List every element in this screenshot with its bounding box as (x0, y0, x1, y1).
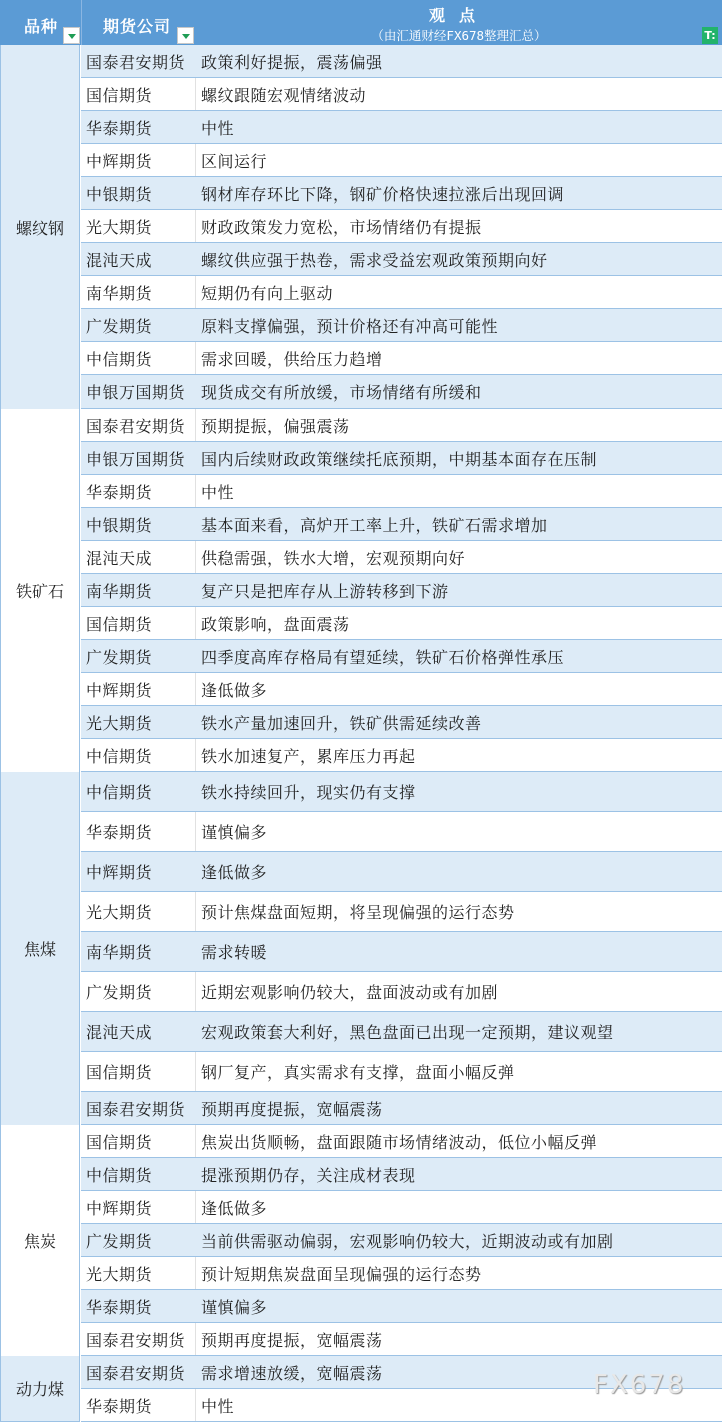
table-row[interactable]: 混沌天成宏观政策套大利好，黑色盘面已出现一定预期，建议观望 (81, 1012, 722, 1052)
watermark-logo: FX678 (593, 1370, 685, 1400)
company-cell: 申银万国期货 (81, 375, 196, 408)
company-cell: 国信期货 (81, 607, 196, 639)
header-view-source-note: （由汇通财经FX678整理汇总） (196, 26, 722, 44)
company-cell: 国泰君安期货 (81, 1323, 196, 1355)
view-cell: 钢材库存环比下降，钢矿价格快速拉涨后出现回调 (196, 177, 722, 209)
company-cell: 南华期货 (81, 276, 196, 308)
view-cell: 逢低做多 (196, 673, 722, 705)
view-cell: 基本面来看，高炉开工率上升，铁矿石需求增加 (196, 508, 722, 540)
table-row[interactable]: 混沌天成供稳需强，铁水大增，宏观预期向好 (81, 541, 722, 574)
view-cell: 螺纹跟随宏观情绪波动 (196, 78, 722, 110)
table-header: 品种 期货公司 观点 （由汇通财经FX678整理汇总） T: (0, 0, 722, 45)
view-cell: 政策利好提振，震荡偏强 (196, 45, 722, 77)
view-cell: 政策影响，盘面震荡 (196, 607, 722, 639)
table-row[interactable]: 国信期货焦炭出货顺畅，盘面跟随市场情绪波动，低位小幅反弹 (81, 1125, 722, 1158)
company-cell: 华泰期货 (81, 475, 196, 507)
view-cell: 中性 (196, 475, 722, 507)
company-cell: 光大期货 (81, 706, 196, 738)
company-cell: 中辉期货 (81, 1191, 196, 1223)
table-row[interactable]: 国信期货政策影响，盘面震荡 (81, 607, 722, 640)
table-row[interactable]: 中辉期货区间运行 (81, 144, 722, 177)
table-row[interactable]: 国泰君安期货预期再度提振，宽幅震荡 (81, 1092, 722, 1125)
company-cell: 混沌天成 (81, 1012, 196, 1051)
view-cell: 谨慎偏多 (196, 812, 722, 851)
view-cell: 钢厂复产，真实需求有支撑，盘面小幅反弹 (196, 1052, 722, 1091)
table-row[interactable]: 广发期货原料支撑偏强，预计价格还有冲高可能性 (81, 309, 722, 342)
variety-cell: 焦煤 (0, 772, 80, 1125)
header-company-label: 期货公司 (103, 14, 171, 37)
header-view-label: 观点 (196, 3, 722, 26)
view-cell: 铁水持续回升，现实仍有支撑 (196, 772, 722, 811)
table-row[interactable]: 光大期货铁水产量加速回升，铁矿供需延续改善 (81, 706, 722, 739)
group-rows: 国泰君安期货预期提振，偏强震荡 申银万国期货国内后续财政政策继续托底预期，中期基… (81, 409, 722, 772)
view-cell: 短期仍有向上驱动 (196, 276, 722, 308)
company-cell: 华泰期货 (81, 111, 196, 143)
view-cell: 预期再度提振，宽幅震荡 (196, 1092, 722, 1124)
company-cell: 华泰期货 (81, 812, 196, 851)
table-row[interactable]: 国信期货钢厂复产，真实需求有支撑，盘面小幅反弹 (81, 1052, 722, 1092)
table-row[interactable]: 南华期货复产只是把库存从上游转移到下游 (81, 574, 722, 607)
view-cell: 铁水产量加速回升，铁矿供需延续改善 (196, 706, 722, 738)
table-row[interactable]: 中辉期货逢低做多 (81, 852, 722, 892)
group-coking-coal: 焦煤 中信期货铁水持续回升，现实仍有支撑 华泰期货谨慎偏多 中辉期货逢低做多 光… (0, 772, 722, 1125)
company-cell: 中银期货 (81, 177, 196, 209)
company-cell: 光大期货 (81, 210, 196, 242)
table-row[interactable]: 中信期货提涨预期仍存，关注成材表现 (81, 1158, 722, 1191)
table-row[interactable]: 南华期货需求转暖 (81, 932, 722, 972)
view-cell: 逢低做多 (196, 1191, 722, 1223)
company-cell: 国信期货 (81, 1125, 196, 1157)
variety-cell: 铁矿石 (0, 409, 80, 772)
company-cell: 光大期货 (81, 892, 196, 931)
company-cell: 中辉期货 (81, 852, 196, 891)
variety-cell: 动力煤 (0, 1356, 80, 1422)
company-cell: 混沌天成 (81, 243, 196, 275)
company-cell: 国泰君安期货 (81, 45, 196, 77)
table-row[interactable]: 广发期货当前供需驱动偏弱，宏观影响仍较大，近期波动或有加剧 (81, 1224, 722, 1257)
table-row[interactable]: 中信期货铁水加速复产，累库压力再起 (81, 739, 722, 772)
view-filter-active-icon[interactable]: T: (702, 27, 718, 44)
variety-cell: 螺纹钢 (0, 45, 80, 409)
group-rows: 中信期货铁水持续回升，现实仍有支撑 华泰期货谨慎偏多 中辉期货逢低做多 光大期货… (81, 772, 722, 1125)
company-cell: 国信期货 (81, 78, 196, 110)
variety-cell: 焦炭 (0, 1125, 80, 1356)
company-cell: 广发期货 (81, 1224, 196, 1256)
header-company: 期货公司 (81, 0, 196, 45)
table-row[interactable]: 中信期货需求回暖，供给压力趋增 (81, 342, 722, 375)
view-cell: 当前供需驱动偏弱，宏观影响仍较大，近期波动或有加剧 (196, 1224, 722, 1256)
company-filter-dropdown-icon[interactable] (177, 27, 194, 44)
company-cell: 光大期货 (81, 1257, 196, 1289)
table-row[interactable]: 申银万国期货国内后续财政政策继续托底预期，中期基本面存在压制 (81, 442, 722, 475)
company-cell: 中辉期货 (81, 144, 196, 176)
view-cell: 螺纹供应强于热卷，需求受益宏观政策预期向好 (196, 243, 722, 275)
company-cell: 申银万国期货 (81, 442, 196, 474)
table-row[interactable]: 光大期货财政政策发力宽松，市场情绪仍有提振 (81, 210, 722, 243)
view-cell: 铁水加速复产，累库压力再起 (196, 739, 722, 771)
view-cell: 近期宏观影响仍较大，盘面波动或有加剧 (196, 972, 722, 1011)
view-cell: 预期提振，偏强震荡 (196, 409, 722, 441)
company-cell: 广发期货 (81, 972, 196, 1011)
table-row[interactable]: 申银万国期货现货成交有所放缓，市场情绪有所缓和 (81, 375, 722, 409)
view-cell: 需求回暖，供给压力趋增 (196, 342, 722, 374)
view-cell: 财政政策发力宽松，市场情绪仍有提振 (196, 210, 722, 242)
table-row[interactable]: 中银期货基本面来看，高炉开工率上升，铁矿石需求增加 (81, 508, 722, 541)
view-cell: 谨慎偏多 (196, 1290, 722, 1322)
company-cell: 南华期货 (81, 932, 196, 971)
company-cell: 国泰君安期货 (81, 409, 196, 441)
company-cell: 中银期货 (81, 508, 196, 540)
table-row[interactable]: 光大期货预计焦煤盘面短期，将呈现偏强的运行态势 (81, 892, 722, 932)
view-cell: 预计短期焦炭盘面呈现偏强的运行态势 (196, 1257, 722, 1289)
company-cell: 广发期货 (81, 309, 196, 341)
table-row[interactable]: 国信期货螺纹跟随宏观情绪波动 (81, 78, 722, 111)
table-row[interactable]: 国泰君安期货预期再度提振，宽幅震荡 (81, 1323, 722, 1356)
table-row[interactable]: 国泰君安期货预期提振，偏强震荡 (81, 409, 722, 442)
table-row[interactable]: 华泰期货中性 (81, 475, 722, 508)
group-coke: 焦炭 国信期货焦炭出货顺畅，盘面跟随市场情绪波动，低位小幅反弹 中信期货提涨预期… (0, 1125, 722, 1356)
company-cell: 中辉期货 (81, 673, 196, 705)
table-row[interactable]: 光大期货预计短期焦炭盘面呈现偏强的运行态势 (81, 1257, 722, 1290)
company-cell: 国泰君安期货 (81, 1092, 196, 1124)
table-row[interactable]: 中辉期货逢低做多 (81, 1191, 722, 1224)
view-cell: 现货成交有所放缓，市场情绪有所缓和 (196, 375, 722, 408)
view-cell: 国内后续财政政策继续托底预期，中期基本面存在压制 (196, 442, 722, 474)
company-cell: 中信期货 (81, 739, 196, 771)
table-row[interactable]: 国泰君安期货政策利好提振，震荡偏强 (81, 45, 722, 78)
table-row[interactable]: 华泰期货谨慎偏多 (81, 812, 722, 852)
table-row[interactable]: 广发期货近期宏观影响仍较大，盘面波动或有加剧 (81, 972, 722, 1012)
view-cell: 区间运行 (196, 144, 722, 176)
group-rows: 国泰君安期货政策利好提振，震荡偏强 国信期货螺纹跟随宏观情绪波动 华泰期货中性 … (81, 45, 722, 409)
view-cell: 预计焦煤盘面短期，将呈现偏强的运行态势 (196, 892, 722, 931)
table-row[interactable]: 混沌天成螺纹供应强于热卷，需求受益宏观政策预期向好 (81, 243, 722, 276)
company-cell: 国泰君安期货 (81, 1356, 196, 1388)
table-row[interactable]: 华泰期货中性 (81, 111, 722, 144)
variety-filter-dropdown-icon[interactable] (63, 27, 80, 44)
view-cell: 提涨预期仍存，关注成材表现 (196, 1158, 722, 1190)
view-cell: 宏观政策套大利好，黑色盘面已出现一定预期，建议观望 (196, 1012, 722, 1051)
view-cell: 原料支撑偏强，预计价格还有冲高可能性 (196, 309, 722, 341)
view-cell: 逢低做多 (196, 852, 722, 891)
company-cell: 混沌天成 (81, 541, 196, 573)
company-cell: 中信期货 (81, 342, 196, 374)
view-cell: 需求转暖 (196, 932, 722, 971)
company-cell: 广发期货 (81, 640, 196, 672)
group-rebar: 螺纹钢 国泰君安期货政策利好提振，震荡偏强 国信期货螺纹跟随宏观情绪波动 华泰期… (0, 45, 722, 409)
header-variety-label: 品种 (24, 14, 58, 37)
company-cell: 华泰期货 (81, 1290, 196, 1322)
view-cell: 复产只是把库存从上游转移到下游 (196, 574, 722, 606)
header-view: 观点 （由汇通财经FX678整理汇总） T: (196, 0, 722, 45)
company-cell: 国信期货 (81, 1052, 196, 1091)
view-cell: 预期再度提振，宽幅震荡 (196, 1323, 722, 1355)
view-cell: 中性 (196, 111, 722, 143)
company-cell: 华泰期货 (81, 1389, 196, 1421)
table-row[interactable]: 中信期货铁水持续回升，现实仍有支撑 (81, 772, 722, 812)
company-cell: 南华期货 (81, 574, 196, 606)
view-cell: 焦炭出货顺畅，盘面跟随市场情绪波动，低位小幅反弹 (196, 1125, 722, 1157)
view-cell: 供稳需强，铁水大增，宏观预期向好 (196, 541, 722, 573)
group-iron-ore: 铁矿石 国泰君安期货预期提振，偏强震荡 申银万国期货国内后续财政政策继续托底预期… (0, 409, 722, 772)
table-row[interactable]: 中辉期货逢低做多 (81, 673, 722, 706)
table-row[interactable]: 华泰期货谨慎偏多 (81, 1290, 722, 1323)
table-row[interactable]: 广发期货四季度高库存格局有望延续，铁矿石价格弹性承压 (81, 640, 722, 673)
table-row[interactable]: 南华期货短期仍有向上驱动 (81, 276, 722, 309)
header-variety: 品种 (0, 0, 82, 45)
table-row[interactable]: 中银期货钢材库存环比下降，钢矿价格快速拉涨后出现回调 (81, 177, 722, 210)
company-cell: 中信期货 (81, 772, 196, 811)
view-cell: 四季度高库存格局有望延续，铁矿石价格弹性承压 (196, 640, 722, 672)
group-rows: 国信期货焦炭出货顺畅，盘面跟随市场情绪波动，低位小幅反弹 中信期货提涨预期仍存，… (81, 1125, 722, 1356)
company-cell: 中信期货 (81, 1158, 196, 1190)
